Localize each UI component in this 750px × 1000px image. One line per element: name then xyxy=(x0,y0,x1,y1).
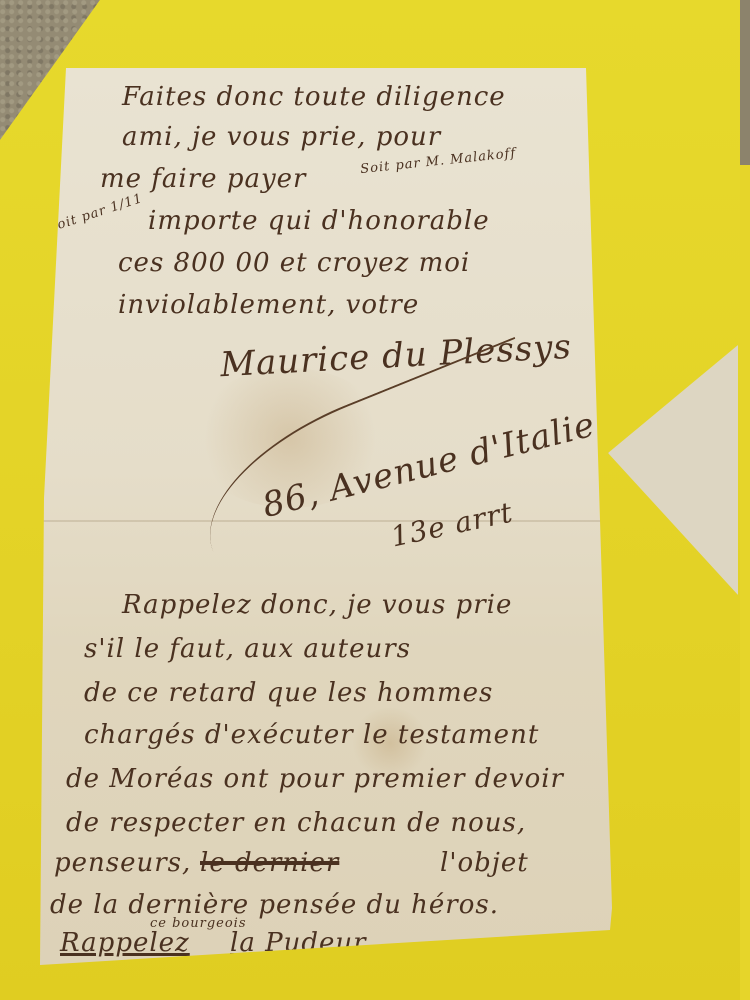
struck-text: le dernier xyxy=(200,848,339,878)
postscript-line: Rappelez donc, je vous prie xyxy=(122,590,512,620)
postscript-line: de respecter en chacun de nous, xyxy=(66,808,526,838)
handwritten-letter: Faites donc toute diligence ami, je vous… xyxy=(40,68,612,965)
margin-note: Soit par 1/11 xyxy=(46,191,145,236)
letter-line: ces 800 00 et croyez moi xyxy=(118,248,470,278)
postscript-line: penseurs, xyxy=(54,848,191,878)
letter-line: ami, je vous prie, pour xyxy=(122,122,441,152)
inserted-word: l'objet xyxy=(440,848,529,878)
postscript-line: s'il le faut, aux auteurs xyxy=(84,634,411,664)
postscript-line: de la dernière pensée du héros. xyxy=(50,890,499,920)
postscript-line: Rappelez xyxy=(60,928,190,958)
postscript-line: de Moréas ont pour premier devoir xyxy=(66,764,564,794)
postscript-line: chargés d'exécuter le testament xyxy=(84,720,539,750)
letter-line: importe qui d'honorable xyxy=(148,206,490,236)
letter-line: me faire payer xyxy=(100,164,306,194)
letter-line: Faites donc toute diligence xyxy=(122,82,506,112)
postscript-line: de ce retard que les hommes xyxy=(84,678,493,708)
letter-line: inviolablement, votre xyxy=(118,290,419,320)
